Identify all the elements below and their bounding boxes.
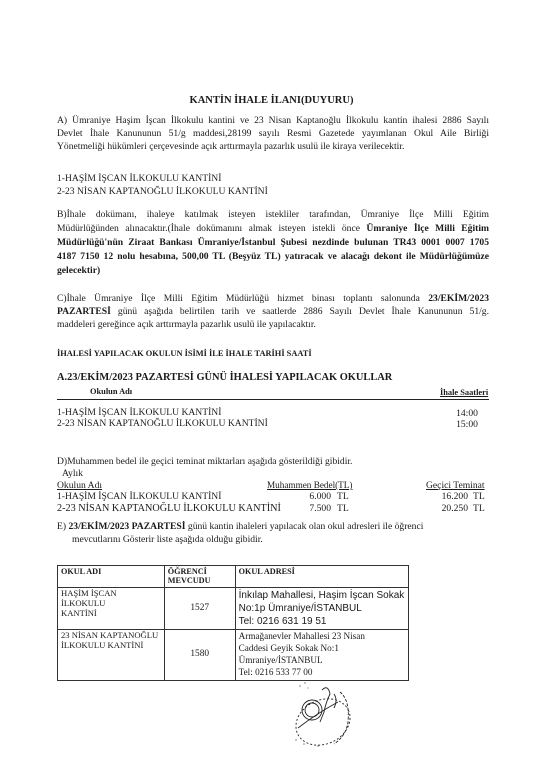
section-d-row-1-deposit: 16.200: [428, 492, 468, 502]
document-title: KANTİN İHALE İLANI(DUYURU): [0, 96, 543, 107]
section-c-line-1-text: C)İhale Ümraniye İlçe Milli Eğitim Müdür…: [57, 293, 428, 304]
section-d-row-1-price: 6.000: [291, 492, 331, 502]
section-b-line-3: Müdürlüğü'nün Ziraat Bankası Ümraniye/İs…: [57, 238, 489, 248]
section-e-date: 23/EKİM/2023 PAZARTESİ: [68, 521, 185, 532]
row-1-school-line-2: KANTİNİ: [61, 609, 161, 619]
header-school: OKUL ADI: [58, 566, 165, 588]
section-c-line-3: maddeleri gereğince açık arttırmayla paz…: [57, 320, 489, 330]
section-c-line-1: C)İhale Ümraniye İlçe Milli Eğitim Müdür…: [57, 294, 489, 304]
schedule-col-time: İhale Saatleri: [440, 389, 487, 397]
table-row: 23 NİSAN KAPTANOĞLU İLKOKULU KANTİNİ 158…: [58, 629, 409, 680]
section-b-line-1: B)İhale dokümanı, ihaleye katılmak istey…: [57, 210, 489, 220]
section-a-line-3: Yönetmeliği hükümleri çerçevesinde açık …: [57, 142, 489, 152]
section-d-col-price: Muhammen Bedel(TL): [267, 481, 352, 490]
table-row: HAŞİM İŞCAN İLKOKULU KANTİNİ 1527 İnkıla…: [58, 587, 409, 629]
row-1-address: İnkılap Mahallesi, Haşim İşcan Sokak No:…: [235, 587, 408, 629]
header-students: ÖĞRENCİ MEVCUDU: [164, 566, 235, 588]
section-c-line-2: PAZARTESİ günü aşağıda belirtilen tarih …: [57, 307, 489, 317]
section-d-row-1-school: 1-HAŞİM İŞCAN İLKOKULU KANTİNİ: [57, 492, 221, 502]
section-c-date: 23/EKİM/2023: [428, 293, 489, 304]
section-b-line-2-text: Müdürlüğünden alınacaktır.(İhale doküman…: [57, 223, 366, 234]
section-d-monthly: Aylık: [62, 469, 83, 479]
section-e-prefix: E): [57, 521, 68, 532]
header-students-line-1: ÖĞRENCİ: [168, 567, 232, 576]
section-e-line-2: mevcutlarını Gösterir liste aşağıda oldu…: [72, 535, 263, 545]
row-2-address-line-2: Caddesi Geyik Sokak No:1: [239, 643, 405, 655]
section-d-intro: D)Muhammen bedel ile geçici teminat mikt…: [57, 457, 489, 467]
schedule-row-1-school: 1-HAŞİM İŞCAN İLKOKULU KANTİNİ: [57, 408, 489, 418]
section-a-line-1: A) Ümraniye Haşim İşcan İlkokulu kantini…: [57, 116, 489, 126]
canteen-item-2: 2-23 NİSAN KAPTANOĞLU İLKOKULU KANTİNİ: [57, 187, 489, 197]
section-b-line-5: gelecektir): [57, 266, 489, 276]
section-d-row-2-deposit-unit: TL: [473, 504, 485, 514]
row-1-school: HAŞİM İŞCAN İLKOKULU KANTİNİ: [58, 587, 165, 629]
row-1-students: 1527: [164, 587, 235, 629]
schedule-row-2-school: 2-23 NİSAN KAPTANOĞLU İLKOKULU KANTİNİ: [57, 419, 489, 429]
section-d-row-2-deposit: 20.250: [428, 504, 468, 514]
section-e-text: günü kantin ihaleleri yapılacak olan oku…: [186, 521, 424, 532]
section-a-line-2: Devlet İhale Kanununun 51/g maddesi,2819…: [57, 129, 489, 139]
section-e-line-1: E) 23/EKİM/2023 PAZARTESİ günü kantin ih…: [57, 522, 423, 532]
row-1-school-line-1: HAŞİM İŞCAN İLKOKULU: [61, 589, 161, 609]
section-d-col-deposit: Geçici Teminat: [426, 481, 485, 491]
schedule-subheading: A.23/EKİM/2023 PAZARTESİ GÜNÜ İHALESİ YA…: [57, 373, 489, 383]
section-d-row-2-school: 2-23 NİSAN KAPTANOĞLU İLKOKULU KANTİNİ: [57, 504, 281, 514]
row-2-school-line-2: İLKOKULU KANTİNİ: [61, 641, 161, 651]
schedule-row-1-time: 14:00: [452, 409, 482, 419]
section-d-row-2-price: 7.500: [291, 504, 331, 514]
section-d-row-1-deposit-unit: TL: [473, 492, 485, 502]
row-2-address-line-1: Armağanevler Mahallesi 23 Nisan: [239, 631, 405, 643]
row-2-phone: Tel: 0216 533 77 00: [239, 667, 405, 679]
section-b-line-2: Müdürlüğünden alınacaktır.(İhale doküman…: [57, 224, 489, 234]
table-header-row: OKUL ADI ÖĞRENCİ MEVCUDU OKUL ADRESİ: [58, 566, 409, 588]
header-students-line-2: MEVCUDU: [168, 576, 232, 585]
school-address-table: OKUL ADI ÖĞRENCİ MEVCUDU OKUL ADRESİ HAŞ…: [57, 565, 409, 681]
section-d-row-2-price-unit: TL: [337, 504, 349, 514]
row-1-address-line-2: No:1p Ümraniye/İSTANBUL: [239, 602, 405, 615]
schedule-col-school: Okulun Adı: [90, 388, 132, 396]
schedule-heading: İHALESİ YAPILACAK OKULUN İSİMİ İLE İHALE…: [57, 350, 489, 358]
row-1-address-line-1: İnkılap Mahallesi, Haşim İşcan Sokak: [239, 589, 405, 602]
section-d-col-school: Okulun Adı: [57, 481, 102, 491]
schedule-row-2-time: 15:00: [452, 420, 482, 430]
official-seal-stamp-icon: [278, 680, 368, 750]
section-b-line-4: 4187 7150 12 nolu hesabına, 500,00 TL (B…: [57, 252, 489, 262]
section-c-line-2-text: günü aşağıda belirtilen tarih ve saatler…: [111, 306, 489, 317]
row-2-address-line-3: Ümraniye/İSTANBUL: [239, 655, 405, 667]
row-2-school: 23 NİSAN KAPTANOĞLU İLKOKULU KANTİNİ: [58, 629, 165, 680]
row-2-address: Armağanevler Mahallesi 23 Nisan Caddesi …: [235, 629, 408, 680]
row-1-phone: Tel: 0216 631 19 51: [239, 615, 405, 628]
section-c-day: PAZARTESİ: [57, 306, 111, 317]
section-b-line-2-bold: Ümraniye İlçe Milli Eğitim: [366, 223, 489, 234]
canteen-item-1: 1-HAŞİM İŞCAN İLKOKULU KANTİNİ: [57, 174, 489, 184]
section-d-row-1-price-unit: TL: [337, 492, 349, 502]
row-2-students: 1580: [164, 629, 235, 680]
schedule-header-rule: [57, 399, 489, 400]
header-address: OKUL ADRESİ: [235, 566, 408, 588]
